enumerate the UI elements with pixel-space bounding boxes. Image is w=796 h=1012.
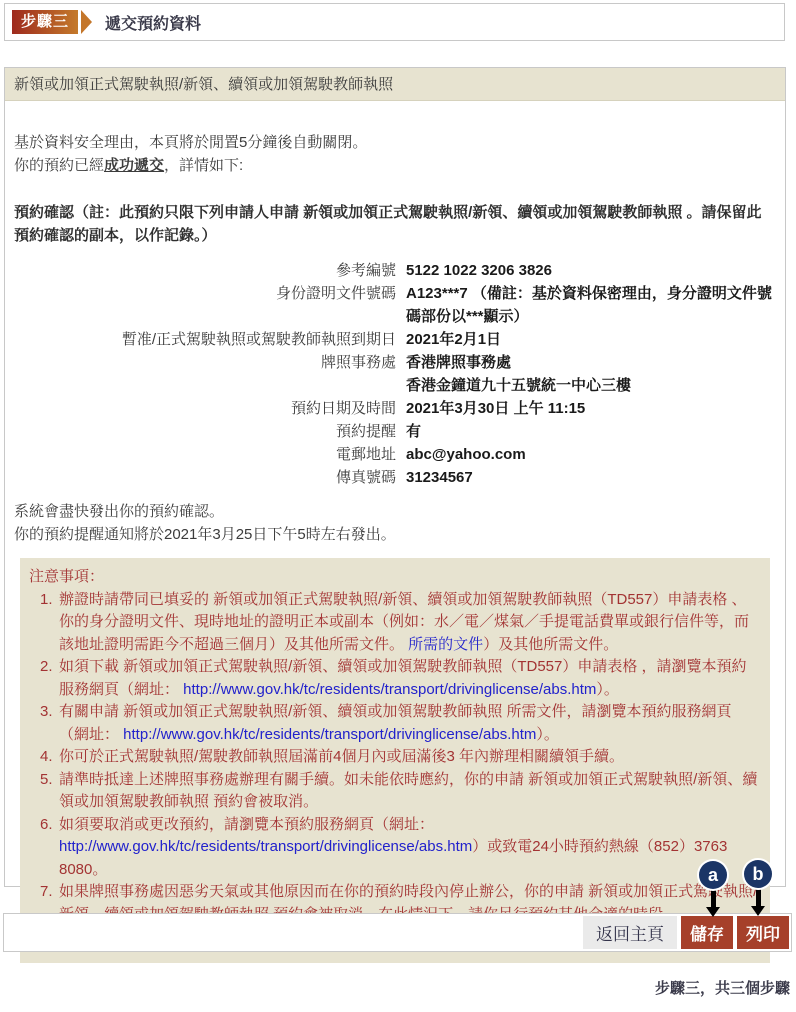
details-table: 參考編號5122 1022 3206 3826身份證明文件號碼A123***7 …: [14, 259, 773, 489]
notice-item-text: 如須要取消或更改預約，請瀏覽本預約服務網頁（網址： http://www.gov…: [56, 814, 760, 882]
detail-label: 預約提醒: [14, 420, 406, 443]
notice-item-number: 3.: [40, 701, 56, 746]
detail-label: 身份證明文件號碼: [14, 282, 406, 328]
notice-item-number: 1.: [40, 589, 56, 657]
notice-item-text: 辦證時請帶同已填妥的 新領或加領正式駕駛執照/新領、續領或加領駕駛教師執照（TD…: [56, 589, 760, 657]
notice-item: 1.辦證時請帶同已填妥的 新領或加領正式駕駛執照/新領、續領或加領駕駛教師執照（…: [29, 589, 760, 657]
submission-status-emphasis: 成功遞交: [104, 157, 164, 174]
submission-status-prefix: 你的預約已經: [14, 157, 104, 174]
notice-item-text: 請準時抵達上述牌照事務處辦理有關手續。如未能依時應約，你的申請 新領或加領正式駕…: [56, 769, 760, 814]
notice-item-number: 4.: [40, 746, 56, 769]
detail-label: 電郵地址: [14, 443, 406, 466]
notice-item-number: 2.: [40, 656, 56, 701]
reminder-dispatch-note: 你的預約提醒通知將於2021年3月25日下午5時左右發出。: [14, 523, 773, 546]
detail-label: 牌照事務處: [14, 351, 406, 397]
step-number-badge: 步驟三: [12, 10, 78, 34]
notice-item-number: 5.: [40, 769, 56, 814]
inline-link[interactable]: http://www.gov.hk/tc/residents/transport…: [123, 726, 536, 743]
detail-label: 參考編號: [14, 259, 406, 282]
back-home-button[interactable]: 返回主頁: [583, 916, 677, 949]
notice-text-segment: 請準時抵達上述牌照事務處辦理有關手續。如未能依時應約，你的申請 新領或加領正式駕…: [59, 771, 757, 811]
section-title: 新領或加領正式駕駛執照/新領、續領或加領駕駛教師執照: [5, 68, 785, 101]
step-progress-label: 步驟三，共三個步驟: [655, 977, 790, 998]
booking-confirmation-note: 預約確認（註：此預約只限下列申請人申請 新領或加領正式駕駛執照/新領、續領或加領…: [14, 201, 773, 247]
notice-heading: 注意事項：: [29, 566, 760, 589]
notice-text-segment: 辦證時請帶同已填妥的 新領或加領正式駕駛執照/新領、續領或加領駕駛教師執照（TD…: [59, 591, 749, 653]
notice-item: 2.如須下載 新領或加領正式駕駛執照/新領、續領或加領駕駛教師執照（TD557）…: [29, 656, 760, 701]
notice-text-segment: ）。: [536, 726, 559, 743]
notice-item: 6.如須要取消或更改預約，請瀏覽本預約服務網頁（網址： http://www.g…: [29, 814, 760, 882]
notice-item-text: 有關申請 新領或加領正式駕駛執照/新領、續領或加領駕駛教師執照 所需文件，請瀏覽…: [56, 701, 760, 746]
page: 步驟三 遞交預約資料 新領或加領正式駕駛執照/新領、續領或加領駕駛教師執照 基於…: [0, 0, 796, 1012]
notice-box: 注意事項： 1.辦證時請帶同已填妥的 新領或加領正式駕駛執照/新領、續領或加領駕…: [20, 558, 770, 963]
content-area: 基於資料安全理由，本頁將於閒置5分鐘後自動關閉。 你的預約已經成功遞交，詳情如下…: [5, 101, 785, 963]
system-confirmation-note: 系統會盡快發出你的預約確認。: [14, 500, 773, 523]
arrow-down-icon: [751, 887, 766, 916]
detail-value: 5122 1022 3206 3826: [406, 259, 774, 282]
submission-status-suffix: ，詳情如下:: [164, 157, 243, 174]
detail-value: 2021年2月1日: [406, 328, 774, 351]
notice-text-segment: 如須要取消或更改預約，請瀏覽本預約服務網頁（網址：: [59, 816, 434, 833]
notice-item: 5.請準時抵達上述牌照事務處辦理有關手續。如未能依時應約，你的申請 新領或加領正…: [29, 769, 760, 814]
inline-link[interactable]: http://www.gov.hk/tc/residents/transport…: [59, 838, 472, 855]
detail-value: A123***7 （備註：基於資料保密理由，身分證明文件號碼部份以***顯示）: [406, 282, 774, 328]
notice-item-number: 6.: [40, 814, 56, 882]
detail-label: 暫准/正式駕駛執照或駕駛教師執照到期日: [14, 328, 406, 351]
notice-item: 3.有關申請 新領或加領正式駕駛執照/新領、續領或加領駕駛教師執照 所需文件，請…: [29, 701, 760, 746]
detail-label: 傳真號碼: [14, 466, 406, 489]
inline-link[interactable]: http://www.gov.hk/tc/residents/transport…: [183, 681, 596, 698]
notice-text-segment: ）及其他所需文件。: [483, 636, 618, 653]
inline-link[interactable]: 所需的文件: [408, 636, 483, 653]
detail-value: 31234567: [406, 466, 774, 489]
main-content-box: 新領或加領正式駕駛執照/新領、續領或加領駕駛教師執照 基於資料安全理由，本頁將於…: [4, 67, 786, 887]
detail-value: 2021年3月30日 上午 11:15: [406, 397, 774, 420]
auto-close-note: 基於資料安全理由，本頁將於閒置5分鐘後自動關閉。: [14, 131, 773, 154]
detail-value: abc@yahoo.com: [406, 443, 774, 466]
notice-item-text: 你可於正式駕駛執照/駕駛教師執照屆滿前4個月內或屆滿後3 年內辦理相關續領手續。: [56, 746, 760, 769]
chevron-right-icon: [81, 10, 92, 34]
step-title: 遞交預約資料: [105, 11, 201, 34]
print-button[interactable]: 列印: [737, 916, 789, 949]
submission-status: 你的預約已經成功遞交，詳情如下:: [14, 154, 773, 177]
notice-text-segment: ）。: [596, 681, 619, 698]
arrow-down-icon: [706, 888, 721, 917]
detail-value: 有: [406, 420, 774, 443]
notice-text-segment: 你可於正式駕駛執照/駕駛教師執照屆滿前4個月內或屆滿後3 年內辦理相關續領手續。: [59, 748, 624, 765]
annotation-a-badge: a: [699, 861, 727, 889]
notice-list: 1.辦證時請帶同已填妥的 新領或加領正式駕駛執照/新領、續領或加領駕駛教師執照（…: [29, 589, 760, 949]
notice-item-text: 如須下載 新領或加領正式駕駛執照/新領、續領或加領駕駛教師執照（TD557）申請…: [56, 656, 760, 701]
detail-value: 香港牌照事務處香港金鐘道九十五號統一中心三樓: [406, 351, 774, 397]
notice-item: 4.你可於正式駕駛執照/駕駛教師執照屆滿前4個月內或屆滿後3 年內辦理相關續領手…: [29, 746, 760, 769]
save-button[interactable]: 儲存: [681, 916, 733, 949]
button-bar: 返回主頁 儲存 列印: [3, 913, 792, 952]
step-header: 步驟三 遞交預約資料: [4, 3, 785, 41]
detail-label: 預約日期及時間: [14, 397, 406, 420]
annotation-b-badge: b: [744, 860, 772, 888]
